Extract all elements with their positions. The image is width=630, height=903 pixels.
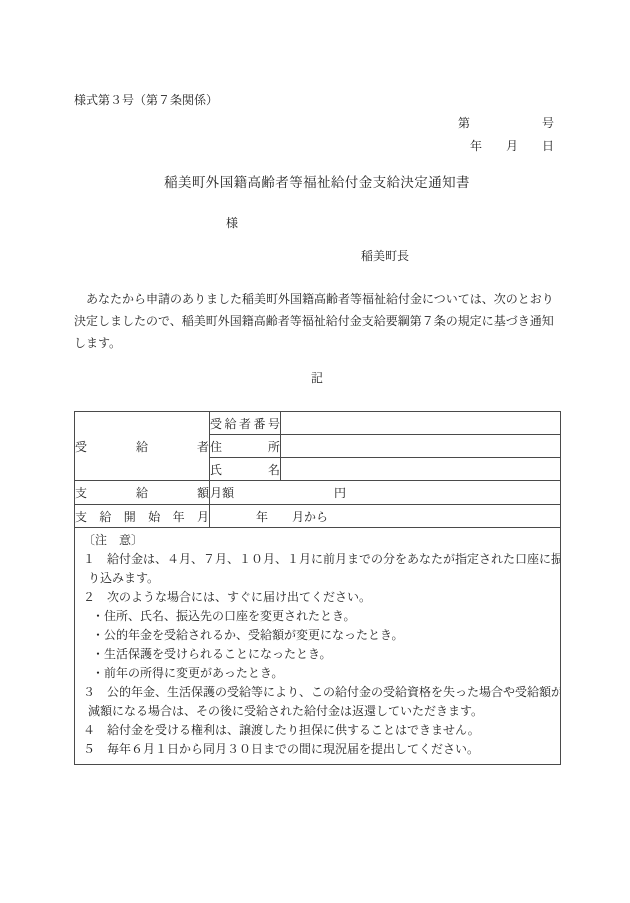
document-number-line: 第 号 bbox=[74, 116, 560, 131]
start-year-blank-space bbox=[210, 520, 256, 521]
table-row-recipient-number: 受 給 者 受給者番号 bbox=[75, 412, 561, 435]
note-line-3a: ３ 公的年金、生活保護の受給等により、この給付金の受給資格を失った場合や受給額が bbox=[83, 683, 552, 702]
address-value-cell bbox=[281, 435, 561, 458]
benefit-table: 受 給 者 受給者番号 住 所 氏 名 支 給 額 月額円 支給開始年月 bbox=[74, 411, 561, 765]
body-line: します。 bbox=[74, 332, 560, 354]
amount-value-cell: 月額円 bbox=[210, 481, 561, 505]
note-bullet-income-change: ・前年の所得に変更があったとき。 bbox=[83, 664, 552, 683]
form-number: 様式第３号（第７条関係） bbox=[74, 93, 560, 108]
name-label-cell: 氏 名 bbox=[210, 458, 281, 481]
note-bullet-pension-change: ・公的年金を受給されるか、受給額が変更になったとき。 bbox=[83, 626, 552, 645]
body-paragraph: あなたから申請のありました稲美町外国籍高齢者等福祉給付金については、次のとおり … bbox=[74, 288, 560, 354]
amount-blank-space bbox=[234, 496, 334, 497]
document-page: 様式第３号（第７条関係） 第 号 年 月 日 稲美町外国籍高齢者等福祉給付金支給… bbox=[0, 0, 630, 765]
table-row-start-date: 支給開始年月 年月から bbox=[75, 505, 561, 528]
body-line: 決定しましたので、稲美町外国籍高齢者等福祉給付金支給要綱第７条の規定に基づき通知 bbox=[74, 310, 560, 332]
note-line-1b: り込みます。 bbox=[83, 569, 552, 588]
note-bullet-welfare-receipt: ・生活保護を受けられることになったとき。 bbox=[83, 645, 552, 664]
amount-prefix: 月額 bbox=[210, 486, 234, 500]
ki-label: 記 bbox=[74, 370, 560, 386]
start-month-blank-space bbox=[268, 520, 292, 521]
amount-unit: 円 bbox=[334, 486, 346, 500]
date-line: 年 月 日 bbox=[74, 139, 560, 154]
recipient-label-cell: 受 給 者 bbox=[75, 412, 210, 481]
start-month-label: 月から bbox=[292, 510, 328, 524]
note-line-1a: １ 給付金は、４月、７月、１０月、１月に前月までの分をあなたが指定された口座に振 bbox=[83, 550, 552, 569]
recipient-number-label-cell: 受給者番号 bbox=[210, 412, 281, 435]
amount-label-cell: 支 給 額 bbox=[75, 481, 210, 505]
document-title: 稲美町外国籍高齢者等福祉給付金支給決定通知書 bbox=[74, 174, 560, 192]
addressee-honorific: 様 bbox=[74, 215, 560, 231]
notes-cell: 〔注 意〕 １ 給付金は、４月、７月、１０月、１月に前月までの分をあなたが指定さ… bbox=[75, 528, 561, 765]
name-value-cell bbox=[281, 458, 561, 481]
notes-heading: 〔注 意〕 bbox=[83, 531, 552, 550]
body-line: あなたから申請のありました稲美町外国籍高齢者等福祉給付金については、次のとおり bbox=[74, 288, 560, 310]
note-line-4: ４ 給付金を受ける権利は、譲渡したり担保に供することはできません。 bbox=[83, 721, 552, 740]
start-year-label: 年 bbox=[256, 510, 268, 524]
note-bullet-address-change: ・住所、氏名、振込先の口座を変更されたとき。 bbox=[83, 607, 552, 626]
start-label-cell: 支給開始年月 bbox=[75, 505, 210, 528]
note-line-5: ５ 毎年６月１日から同月３０日までの間に現況届を提出してください。 bbox=[83, 740, 552, 759]
table-row-amount: 支 給 額 月額円 bbox=[75, 481, 561, 505]
start-value-cell: 年月から bbox=[210, 505, 561, 528]
note-line-3b: 減額になる場合は、その後に受給された給付金は返還していただきます。 bbox=[83, 702, 552, 721]
note-line-2: ２ 次のような場合には、すぐに届け出てください。 bbox=[83, 588, 552, 607]
sender-mayor: 稲美町長 bbox=[74, 248, 560, 264]
table-row-notes: 〔注 意〕 １ 給付金は、４月、７月、１０月、１月に前月までの分をあなたが指定さ… bbox=[75, 528, 561, 765]
address-label-cell: 住 所 bbox=[210, 435, 281, 458]
recipient-number-value-cell bbox=[281, 412, 561, 435]
